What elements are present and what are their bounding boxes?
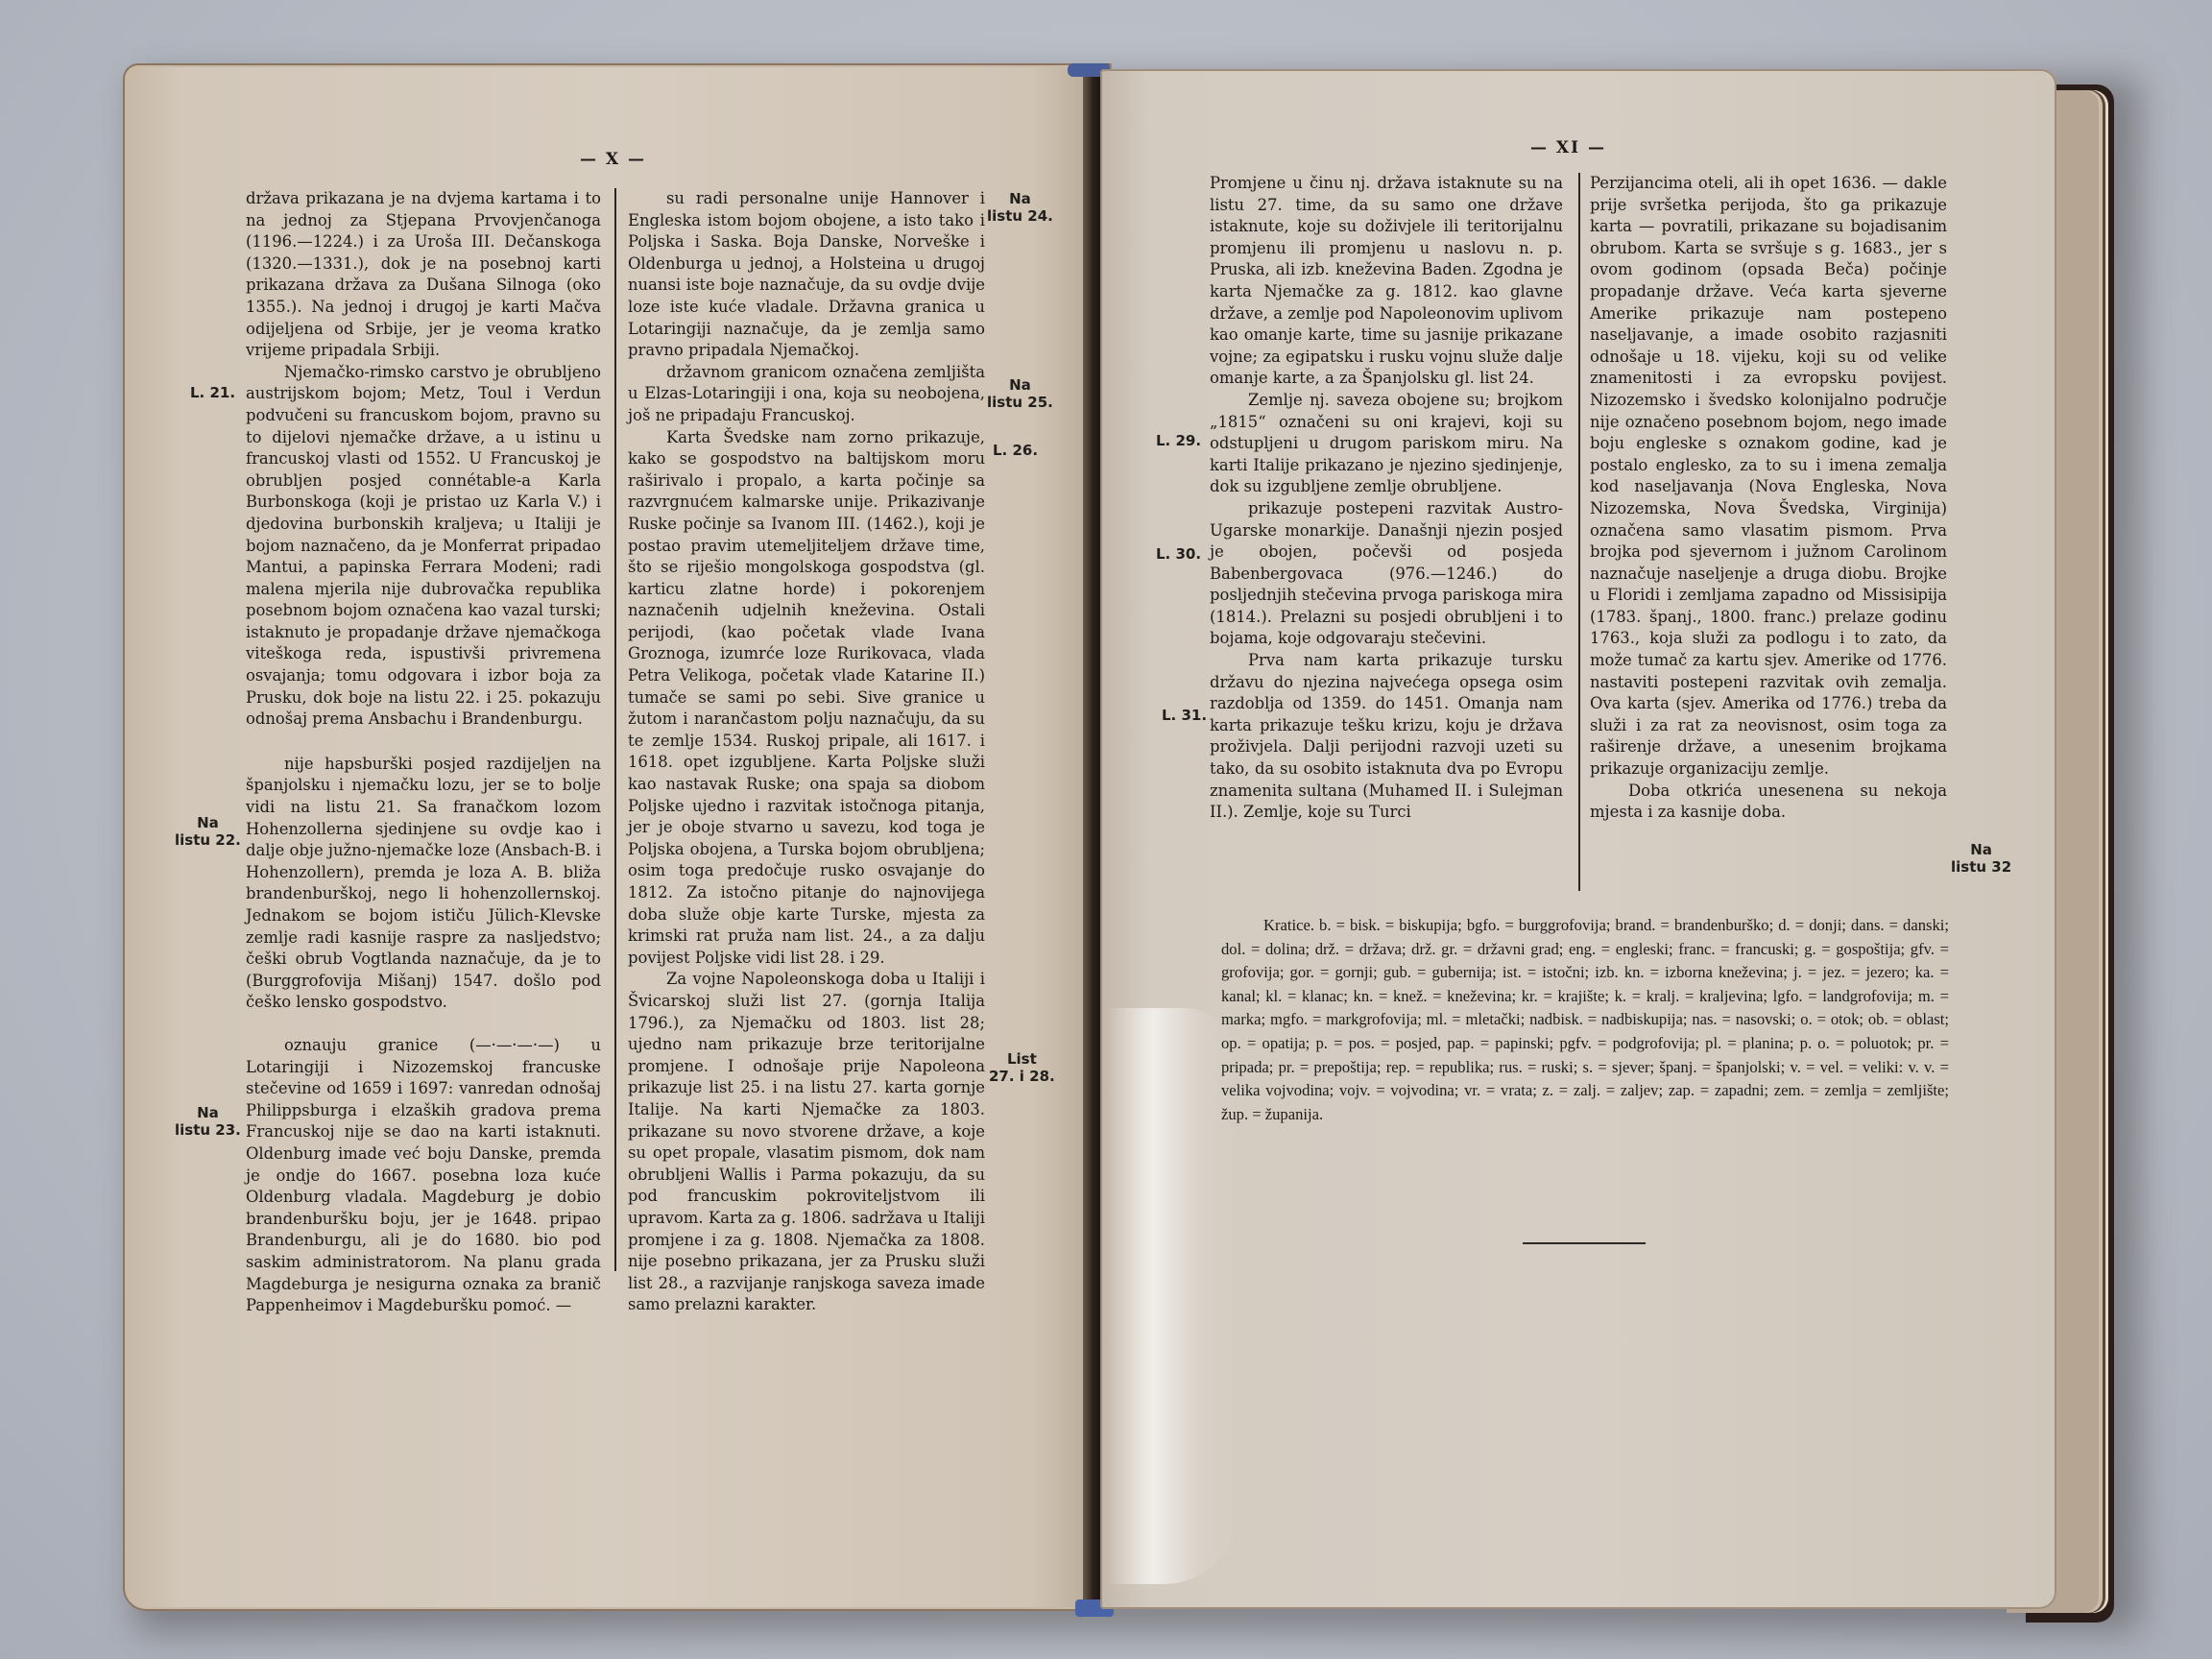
margin-note-listu-24: Na listu 24.	[987, 190, 1053, 225]
margin-note-listu-23: Na listu 23.	[175, 1104, 241, 1139]
paragraph: Njemačko-rimsko carstvo je obrubljeno au…	[246, 362, 601, 731]
margin-note-l30: L. 30.	[1156, 545, 1201, 563]
paragraph: državnom granicom označena zemljišta u E…	[628, 362, 985, 427]
paragraph: nije hapsburški posjed razdijeljen na šp…	[246, 754, 601, 1014]
margin-note-l29: L. 29.	[1156, 432, 1201, 449]
left-column-2: su radi personalne unije Hannover i Engl…	[628, 188, 985, 1316]
right-column-1: Promjene u činu nj. država istaknute su …	[1210, 173, 1563, 824]
left-page-number: — X —	[580, 150, 646, 169]
column-divider	[614, 188, 616, 1271]
right-page-number: — XI —	[1530, 138, 1606, 157]
paragraph: oznauju granice (—·—·—·—) u Lotaringiji …	[246, 1035, 601, 1317]
column-divider	[1578, 173, 1580, 891]
paragraph: Zemlje nj. saveza obojene su; brojkom „1…	[1210, 390, 1563, 498]
paragraph: Karta Švedske nam zorno prikazuje, kako …	[628, 427, 985, 970]
paragraph: su radi personalne unije Hannover i Engl…	[628, 188, 985, 362]
paragraph: prikazuje postepeni razvitak Austro-Ugar…	[1210, 498, 1563, 650]
margin-note-listu-25: Na listu 25.	[987, 376, 1053, 411]
paragraph: Promjene u činu nj. država istaknute su …	[1210, 173, 1563, 390]
torn-page-fold	[1106, 1008, 1240, 1584]
abbreviations-text: Kratice. b. = bisk. = biskupija; bgfo. =…	[1221, 914, 1949, 1126]
abbreviations-section: Kratice. b. = bisk. = biskupija; bgfo. =…	[1221, 914, 1949, 1126]
paragraph: Prva nam karta prikazuje tursku državu d…	[1210, 650, 1563, 824]
margin-note-l26: L. 26.	[993, 442, 1038, 459]
paragraph: Perzijancima oteli, ali ih opet 1636. — …	[1590, 173, 1947, 781]
margin-note-list-27-28: List 27. i 28.	[989, 1050, 1055, 1085]
margin-note-l21: L. 21.	[190, 384, 235, 401]
paragraph: Za vojne Napoleonskoga doba u Italiji i …	[628, 969, 985, 1316]
paragraph: država prikazana je na dvjema kartama i …	[246, 188, 601, 362]
paragraph: Doba otkrića unesenena su nekoja mjesta …	[1590, 781, 1947, 824]
left-column-1: država prikazana je na dvjema kartama i …	[246, 188, 601, 1317]
margin-note-listu-32: Na listu 32	[1951, 841, 2011, 876]
right-column-2: Perzijancima oteli, ali ih opet 1636. — …	[1590, 173, 1947, 824]
margin-note-l31: L. 31.	[1162, 707, 1207, 724]
margin-note-listu-22: Na listu 22.	[175, 814, 241, 849]
end-rule	[1523, 1242, 1646, 1244]
